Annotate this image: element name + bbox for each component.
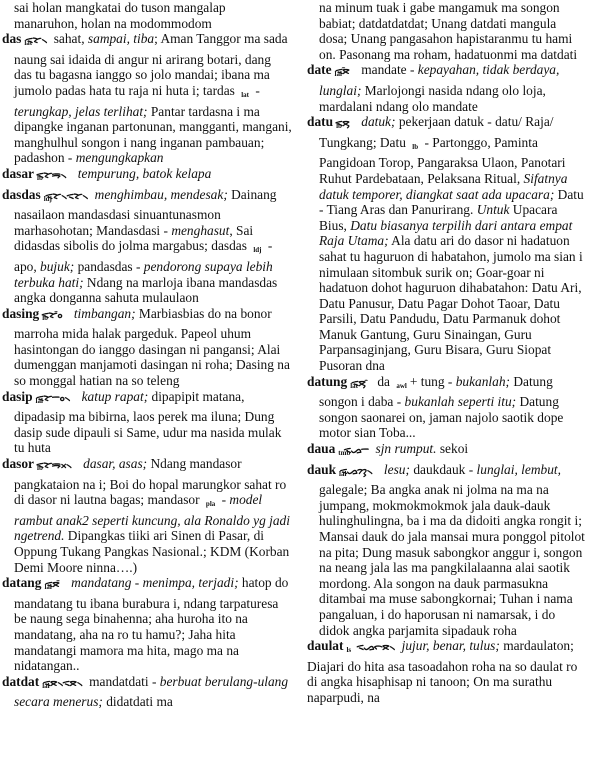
definition-text: mandatdati -: [86, 674, 160, 689]
batak-script-glyph: ᯑᯖᯩ: [347, 64, 354, 80]
italic-gloss: katup rapat;: [78, 389, 148, 404]
batak-script-glyph: ᯑᯀᯞᯖ᯲: [356, 640, 394, 656]
left-column: sai holan mangkatai do tuson mangalap ma…: [2, 0, 292, 710]
batak-script-glyph: ᯑᯘ᯲ᯑᯘ᯲: [57, 189, 87, 205]
italic-gloss: menghimbau, mendesak;: [91, 187, 227, 202]
italic-gloss: Untuk: [477, 202, 510, 217]
definition-text: didatdati ma: [103, 694, 173, 709]
dialect-label: pla: [206, 500, 215, 508]
dialect-label: lb: [412, 143, 418, 151]
italic-gloss: bukanlah;: [456, 374, 510, 389]
dictionary-entry-datdat: datdatlalᯑᯖ᯲ᯑᯖ᯲ mandatdati - berbuat ber…: [2, 674, 292, 710]
italic-gloss: jujur, benar, tulus;: [398, 638, 500, 653]
batak-script-glyph: ᯑᯖᯰ: [57, 577, 64, 593]
italic-gloss: datuk;: [358, 114, 396, 129]
batak-script-glyph: ᯑᯘᯪᯰ: [53, 308, 66, 324]
italic-gloss: terungkap, jelas terlihat;: [14, 104, 148, 119]
headword: dasing: [2, 306, 39, 321]
headword: datu: [307, 114, 333, 129]
italic-gloss: bukanlah seperti itu;: [405, 394, 517, 409]
headword: dasip: [2, 389, 33, 404]
dictionary-entry-dasing: dasinglbᯑᯘᯪᯰ timbangan; Marbiasbias do n…: [2, 306, 292, 389]
italic-gloss: lunglai, lembut,: [477, 462, 561, 477]
batak-script-glyph: ᯑᯖᯮ: [347, 116, 354, 132]
dictionary-entry-dasar: dasarlbᯑᯘᯒ᯲ tempurung, batok kelapa: [2, 166, 292, 187]
headword: das: [2, 31, 21, 46]
headword: daulat: [307, 638, 343, 653]
italic-gloss: tempurung, batok kelapa: [74, 166, 211, 181]
definition-text: -: [252, 83, 260, 98]
dictionary-entry-daua: dauatmbᯑᯀᯇ sjn rumput. sekoi: [307, 441, 587, 462]
italic-gloss: timbangan;: [70, 306, 135, 321]
headword: datdat: [2, 674, 39, 689]
dictionary-entry-date: datelalᯑᯖᯩ mandate - kepayahan, tidak be…: [307, 62, 587, 114]
headword: dauk: [307, 462, 336, 477]
italic-gloss: bujuk;: [40, 259, 74, 274]
dictionary-entry-datung: datunglatᯑᯖᯮᯰ da awl+ tung - bukanlah; D…: [307, 374, 587, 441]
batak-script-glyph: ᯑᯘᯬᯒ᯲: [48, 458, 76, 474]
headword: dasar: [2, 166, 34, 181]
batak-script-glyph: ᯑᯀᯇ: [355, 443, 368, 459]
definition-text: na minum tuak i gabe mangamuk ma songon …: [319, 0, 577, 62]
definition-text: pandasdas -: [74, 259, 144, 274]
headword: daua: [307, 441, 335, 456]
definition-text: sai holan mangkatai do tuson mangalap ma…: [14, 0, 226, 31]
batak-script-glyph: ᯑᯘᯪᯇ᯲: [48, 391, 74, 407]
dialect-label: ldj: [253, 246, 261, 254]
definition-text: da: [374, 374, 393, 389]
dictionary-entry-datang: datanglalᯑᯖᯰ mandatang - menimpa, terjad…: [2, 575, 292, 674]
headword: dasor: [2, 456, 34, 471]
entry-continuation: sai holan mangkatai do tuson mangalap ma…: [2, 0, 292, 31]
definition-text: mandate -: [358, 62, 418, 77]
headword: datang: [2, 575, 41, 590]
headword: datung: [307, 374, 347, 389]
italic-gloss: sampai, tiba: [88, 31, 154, 46]
dictionary-entry-daulat: daulatlsᯑᯀᯞᯖ᯲ jujur, benar, tulus; marda…: [307, 638, 587, 705]
italic-gloss: mengungkapkan: [76, 150, 164, 165]
italic-gloss: mandatang - menimpa, terjadi;: [68, 575, 239, 590]
batak-script-glyph: ᯑᯘ᯲: [37, 33, 46, 49]
definition-text: Ala datu ari do dasor ni hadatuon sahat …: [319, 233, 583, 373]
dialect-label: awl: [396, 382, 407, 390]
headword: date: [307, 62, 332, 77]
italic-gloss: menghasut: [171, 223, 229, 238]
batak-script-glyph: ᯑᯖ᯲ᯑᯖ᯲: [55, 676, 82, 692]
batak-script-glyph: ᯑᯖᯮᯰ: [363, 376, 370, 392]
dictionary-entry-dauk: dauklalᯑᯀᯮᯂ᯲ lesu; daukdauk - lunglai, l…: [307, 462, 587, 639]
dialect-label: ls: [346, 646, 351, 654]
headword: dasdas: [2, 187, 41, 202]
italic-gloss: lesu;: [381, 462, 410, 477]
definition-text: + tung -: [410, 374, 456, 389]
dictionary-entry-das: daslatᯑᯘ᯲ sahat, sampai, tiba; Aman Tang…: [2, 31, 292, 166]
definition-text: sekoi: [437, 441, 469, 456]
batak-script-glyph: ᯑᯀᯮᯂ᯲: [351, 464, 376, 480]
definition-text: galegale; Ba angka anak ni jolma na ma n…: [319, 482, 585, 637]
right-column: na minum tuak i gabe mangamuk ma songon …: [307, 0, 587, 706]
entry-continuation: na minum tuak i gabe mangamuk ma songon …: [307, 0, 587, 62]
italic-gloss: sjn rumput.: [372, 441, 436, 456]
dictionary-entry-dasor: dasorlbᯑᯘᯬᯒ᯲ dasar, asas; Ndang mandasor…: [2, 456, 292, 575]
dictionary-entry-datu: datulbᯑᯖᯮ datuk; pekerjaan datuk - datu/…: [307, 114, 587, 374]
definition-text: -: [218, 492, 229, 507]
italic-gloss: dasar, asas;: [80, 456, 147, 471]
definition-text: sahat,: [50, 31, 88, 46]
dictionary-entry-dasip: dasiplalᯑᯘᯪᯇ᯲ katup rapat; dipapipit mat…: [2, 389, 292, 456]
dictionary-entry-dasdas: dasdasldjᯑᯘ᯲ᯑᯘ᯲ menghimbau, mendesak; Da…: [2, 187, 292, 306]
batak-script-glyph: ᯑᯘᯒ᯲: [48, 168, 71, 184]
definition-text: daukdauk -: [410, 462, 477, 477]
dialect-label: lat: [241, 91, 249, 99]
